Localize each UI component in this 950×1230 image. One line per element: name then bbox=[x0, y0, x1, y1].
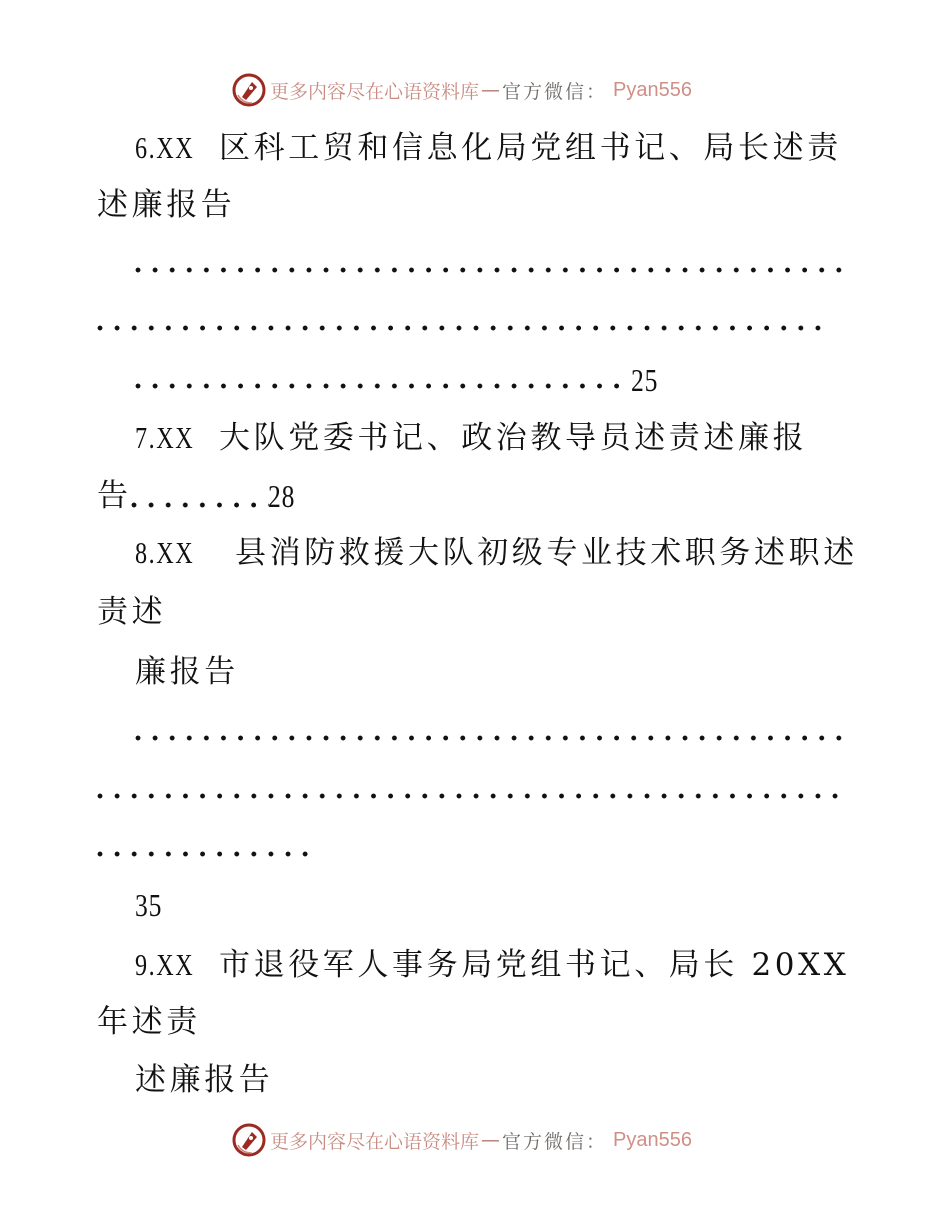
toc-page-number: 35 bbox=[135, 885, 162, 925]
watermark-slogan: 更多内容尽在心语资料库 bbox=[270, 1127, 479, 1154]
header-watermark: 更多内容尽在心语资料库 — 官方微信： Pyan556 bbox=[232, 70, 692, 110]
watermark-dash: — bbox=[481, 1129, 500, 1151]
toc-entry-number: 9.XX bbox=[135, 945, 190, 985]
pen-nib-logo-icon bbox=[232, 73, 266, 107]
toc-entry-number: 6.XX bbox=[135, 128, 190, 168]
toc-entry-title: 区科工贸和信息化局党组书记、局长述责 bbox=[219, 130, 842, 166]
dot-leader bbox=[135, 267, 845, 273]
toc-entry-title: 告 bbox=[97, 478, 132, 514]
footer-watermark: 更多内容尽在心语资料库 — 官方微信： Pyan556 bbox=[232, 1120, 692, 1160]
toc-entry-6-line2: 述廉报告 bbox=[97, 185, 235, 225]
dot-leader bbox=[97, 793, 849, 799]
toc-entry-9-line2: 年述责 bbox=[97, 1002, 201, 1042]
toc-entry-7-line2: 告 bbox=[97, 476, 132, 516]
toc-entry-8-line1: 8.XX县消防救援大队初级专业技术职务述职述 bbox=[135, 533, 858, 573]
toc-entry-8-line3: 廉报告 bbox=[135, 652, 239, 692]
dot-leader bbox=[97, 325, 825, 331]
watermark-wechat-id: Pyan556 bbox=[613, 1129, 692, 1152]
toc-entry-6-line1: 6.XX区科工贸和信息化局党组书记、局长述责 bbox=[135, 128, 842, 168]
toc-entry-title: 县消防救援大队初级专业技术职务述职述 bbox=[235, 535, 858, 571]
toc-entry-7-line1: 7.XX大队党委书记、政治教导员述责述廉报 bbox=[135, 418, 807, 458]
dot-leader bbox=[135, 383, 631, 389]
watermark-wechat-label: 官方微信： bbox=[502, 1127, 607, 1154]
toc-entry-number: 7.XX bbox=[135, 418, 190, 458]
watermark-dash: — bbox=[481, 79, 500, 101]
watermark-wechat-label: 官方微信： bbox=[502, 77, 607, 104]
dot-leader bbox=[97, 851, 319, 857]
dot-leader bbox=[131, 502, 269, 508]
toc-entry-number: 8.XX bbox=[135, 533, 190, 573]
dot-leader bbox=[135, 735, 845, 741]
toc-page-number: 28 bbox=[268, 476, 295, 516]
watermark-wechat-id: Pyan556 bbox=[613, 79, 692, 102]
toc-entry-9-line3: 述廉报告 bbox=[135, 1060, 273, 1100]
pen-nib-logo-icon bbox=[232, 1123, 266, 1157]
toc-entry-8-line2: 责述 bbox=[97, 592, 166, 632]
toc-page-number: 25 bbox=[631, 360, 658, 400]
toc-entry-title: 大队党委书记、政治教导员述责述廉报 bbox=[219, 420, 807, 456]
toc-entry-title: 市退役军人事务局党组书记、局长 20XX bbox=[219, 947, 849, 983]
toc-entry-9-line1: 9.XX市退役军人事务局党组书记、局长 20XX bbox=[135, 945, 849, 985]
watermark-slogan: 更多内容尽在心语资料库 bbox=[270, 77, 479, 104]
